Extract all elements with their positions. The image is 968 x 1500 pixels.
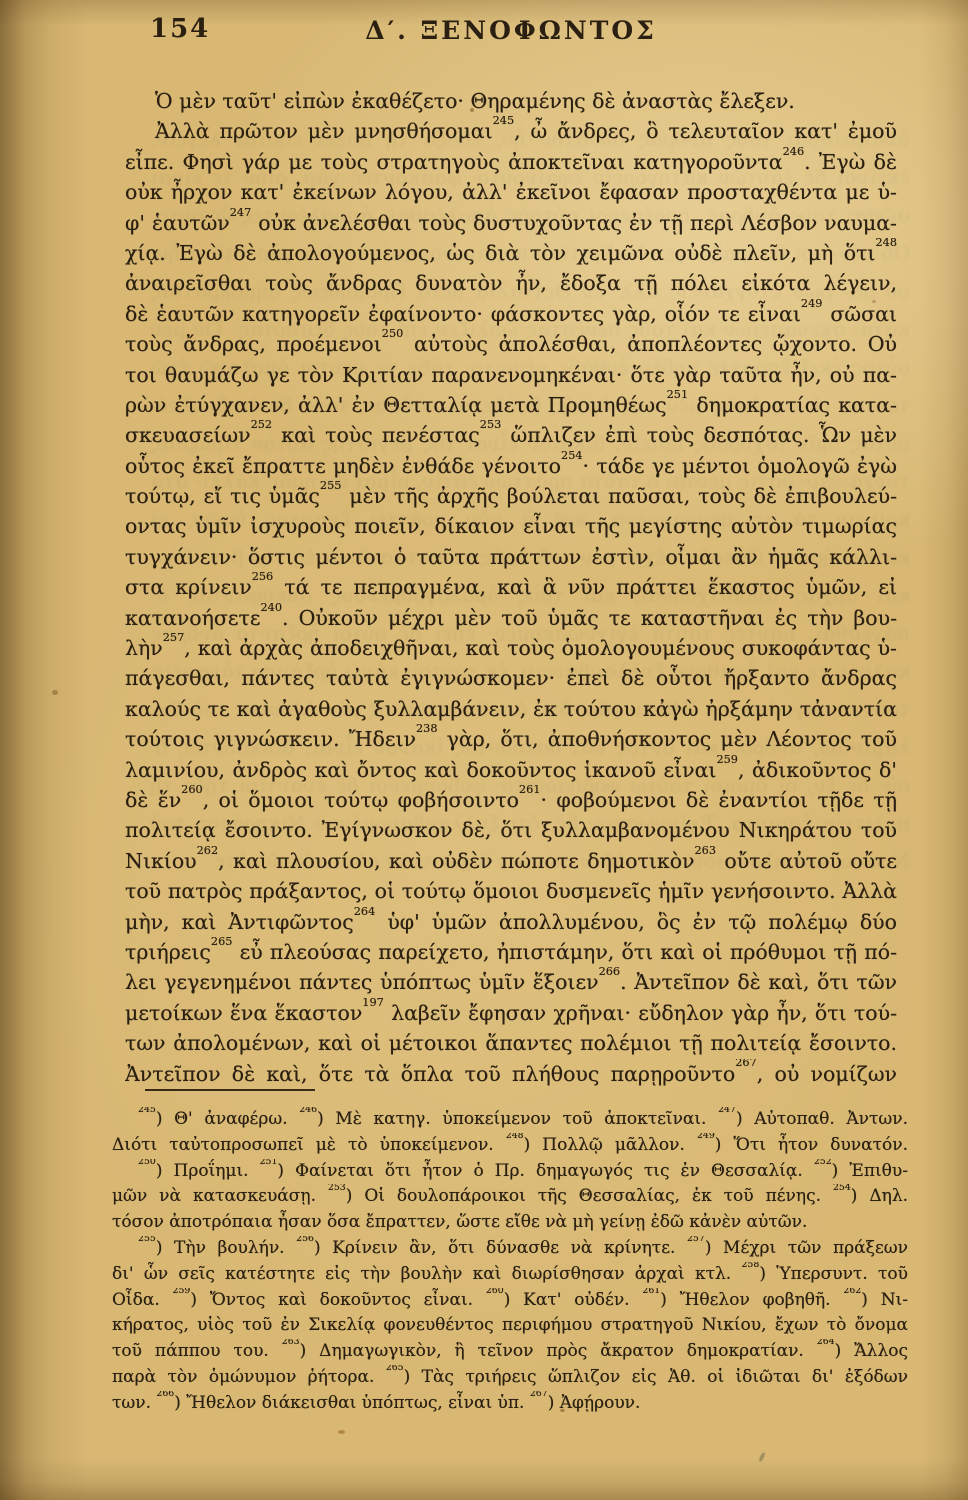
body-text-line: μετοίκων ἕνα ἕκαστον197 λαβεῖν ἔφησαν χρ… bbox=[125, 998, 897, 1028]
footnote-line: 245) Θ' ἀναφέρω. 246) Μὲ κατηγ. ὑποκείμε… bbox=[112, 1107, 908, 1133]
footnote-line: τόσον ἀποτρόπαια ἦσαν ὅσα ἔπραττεν, ὥστε… bbox=[112, 1210, 908, 1236]
paper-speck bbox=[470, 108, 474, 112]
footnote-line: δι' ὧν σεῖς κατέστητε εἰς τὴν βουλὴν καὶ… bbox=[112, 1262, 908, 1288]
body-text-line: τοῦ πατρὸς πράξαντος, οἱ τούτῳ ὅμοιοι δυ… bbox=[125, 876, 897, 906]
footnote-line: κήρατος, υἱὸς τοῦ ἐν Σικελίᾳ φονευθέντος… bbox=[112, 1313, 908, 1339]
body-text-line: χίᾳ. Ἐγὼ δὲ ἀπολογούμενος, ὡς διὰ τὸν χε… bbox=[125, 238, 897, 268]
footnote-line: 250) Προΐημι. 251) Φαίνεται ὅτι ἦτον ὁ Π… bbox=[112, 1159, 908, 1185]
body-text-line: Νικίου262, καὶ πλουσίου, καὶ οὐδὲν πώποτ… bbox=[125, 846, 897, 876]
body-text-line: μὴν, καὶ Ἀντιφῶντος264 ὑφ' ὑμῶν ἀπολλυμέ… bbox=[125, 907, 897, 937]
body-text-line: πολιτείᾳ ἔσοιντο. Ἐγίγνωσκον δὲ, ὅτι ξυλ… bbox=[125, 815, 897, 845]
body-text-line: τοι θαυμάζω γε τὸν Κριτίαν παρανενομηκέν… bbox=[125, 360, 897, 390]
body-text-line: τούτῳ, εἴ τις ὑμᾶς255 μὲν τῆς ἀρχῆς βούλ… bbox=[125, 481, 897, 511]
paper-speck bbox=[758, 1452, 766, 1463]
body-text: Ὁ μὲν ταῦτ' εἰπὼν ἐκαθέζετο· Θηραμένης δ… bbox=[125, 86, 897, 1089]
body-text-line: οὐκ ἦρχον κατ' ἐκείνων λόγου, ἀλλ' ἐκεῖν… bbox=[125, 177, 897, 207]
body-text-line: λει γεγενημένοι πάντες ὑπόπτως ὑμῖν ἕξοι… bbox=[125, 967, 897, 997]
body-text-line: λαμινίου, ἀνδρὸς καὶ ὄντος καὶ δοκοῦντος… bbox=[125, 755, 897, 785]
body-text-line: Ἀντεῖπον δὲ καὶ, ὅτε τὰ ὅπλα τοῦ πλήθους… bbox=[125, 1059, 897, 1089]
footnote-line: Διότι ταὐτοπροσωπεῖ μὲ τὸ ὑποκείμενον. 2… bbox=[112, 1133, 908, 1159]
footnote-line: 255) Τὴν βουλήν. 256) Κρίνειν ἂν, ὅτι δύ… bbox=[112, 1236, 908, 1262]
body-text-line: τυγχάνειν· ὅστις μέντοι ὁ ταῦτα πράττων … bbox=[125, 542, 897, 572]
footnote-line: Οἶδα. 259) Ὄντος καὶ δοκοῦντος εἶναι. 26… bbox=[112, 1288, 908, 1314]
body-text-line: Ὁ μὲν ταῦτ' εἰπὼν ἐκαθέζετο· Θηραμένης δ… bbox=[125, 86, 897, 116]
paper-speck bbox=[872, 300, 876, 303]
body-text-line: εἶπε. Φησὶ γάρ με τοὺς στρατηγοὺς ἀποκτε… bbox=[125, 147, 897, 177]
body-text-line: στα κρίνειν256 τά τε πεπραγμένα, καὶ ἃ ν… bbox=[125, 572, 897, 602]
body-text-line: τοὺς ἄνδρας, προέμενοι250 αὐτοὺς ἀπολέσθ… bbox=[125, 329, 897, 359]
paper-speck bbox=[52, 690, 58, 695]
body-text-line: ἀναιρεῖσθαι τοὺς ἄνδρας δυνατὸν ἦν, ἔδοξ… bbox=[125, 268, 897, 298]
body-text-line: Ἀλλὰ πρῶτον μὲν μνησθήσομαι245, ὦ ἄνδρες… bbox=[125, 116, 897, 146]
footnote-line: παρὰ τὸν ὁμώνυμον ῥήτορα. 265) Τὰς τριήρ… bbox=[112, 1365, 908, 1391]
running-header: Δ′. ΞΕΝΟΦΩΝΤΟΣ bbox=[125, 16, 897, 45]
footnote-line: μῶν νὰ κατασκευάσῃ. 253) Οἱ δουλοπάροικο… bbox=[112, 1184, 908, 1210]
footnote-line: των. 266) Ἤθελον διάκεισθαι ὑπόπτως, εἶν… bbox=[112, 1391, 908, 1417]
footnote-separator-rule bbox=[145, 1089, 315, 1091]
body-text-line: δὲ ἕν260, οἱ ὅμοιοι τούτῳ φοβήσοιντο261·… bbox=[125, 785, 897, 815]
body-text-line: δὲ ἑαυτῶν κατηγορεῖν ἐφαίνοντο· φάσκοντε… bbox=[125, 299, 897, 329]
body-text-line: πάγεσθαι, πάντες ταὐτὰ ἐγιγνώσκομεν· ἐπε… bbox=[125, 663, 897, 693]
footnote-block: 245) Θ' ἀναφέρω. 246) Μὲ κατηγ. ὑποκείμε… bbox=[112, 1107, 908, 1417]
scanned-book-page: ἀναιρεῖσθαι τοὺς ἄνδρας δυνατὸν ἦν, ἔδοξ… bbox=[0, 0, 968, 1500]
paper-speck bbox=[338, 1430, 345, 1434]
body-text-line: τριήρεις265 εὖ πλεούσας παρείχετο, ἠπιστ… bbox=[125, 937, 897, 967]
footnote-line: τοῦ πάππου του. 263) Δημαγωγικὸν, ἢ τεῖν… bbox=[112, 1339, 908, 1365]
body-text-line: καλούς τε καὶ ἀγαθοὺς ξυλλαμβάνειν, ἐκ τ… bbox=[125, 694, 897, 724]
body-text-line: σκευασείων252 καὶ τοὺς πενέστας253 ὥπλιζ… bbox=[125, 420, 897, 450]
body-text-line: τούτοις γιγνώσκειν. Ἤδειν238 γὰρ, ὅτι, ἀ… bbox=[125, 724, 897, 754]
paper-speck bbox=[560, 1409, 565, 1412]
body-text-line: των ἀπολομένων, καὶ οἱ μέτοικοι ἅπαντες … bbox=[125, 1028, 897, 1058]
body-text-line: κατανοήσετε240. Οὐκοῦν μέχρι μὲν τοῦ ὑμᾶ… bbox=[125, 603, 897, 633]
body-text-line: ρὼν ἐτύγχανεν, ἀλλ' ἐν Θετταλίᾳ μετὰ Προ… bbox=[125, 390, 897, 420]
body-text-line: φ' ἑαυτῶν247 οὐκ ἀνελέσθαι τοὺς δυστυχοῦ… bbox=[125, 208, 897, 238]
body-text-line: λὴν257, καὶ ἀρχὰς ἀποδειχθῆναι, καὶ τοὺς… bbox=[125, 633, 897, 663]
body-text-line: οὗτος ἐκεῖ ἔπραττε μηδὲν ἐνθάδε γένοιτο2… bbox=[125, 451, 897, 481]
body-text-line: οντας ὑμῖν ἰσχυροὺς ποιεῖν, δίκαιον εἶνα… bbox=[125, 511, 897, 541]
